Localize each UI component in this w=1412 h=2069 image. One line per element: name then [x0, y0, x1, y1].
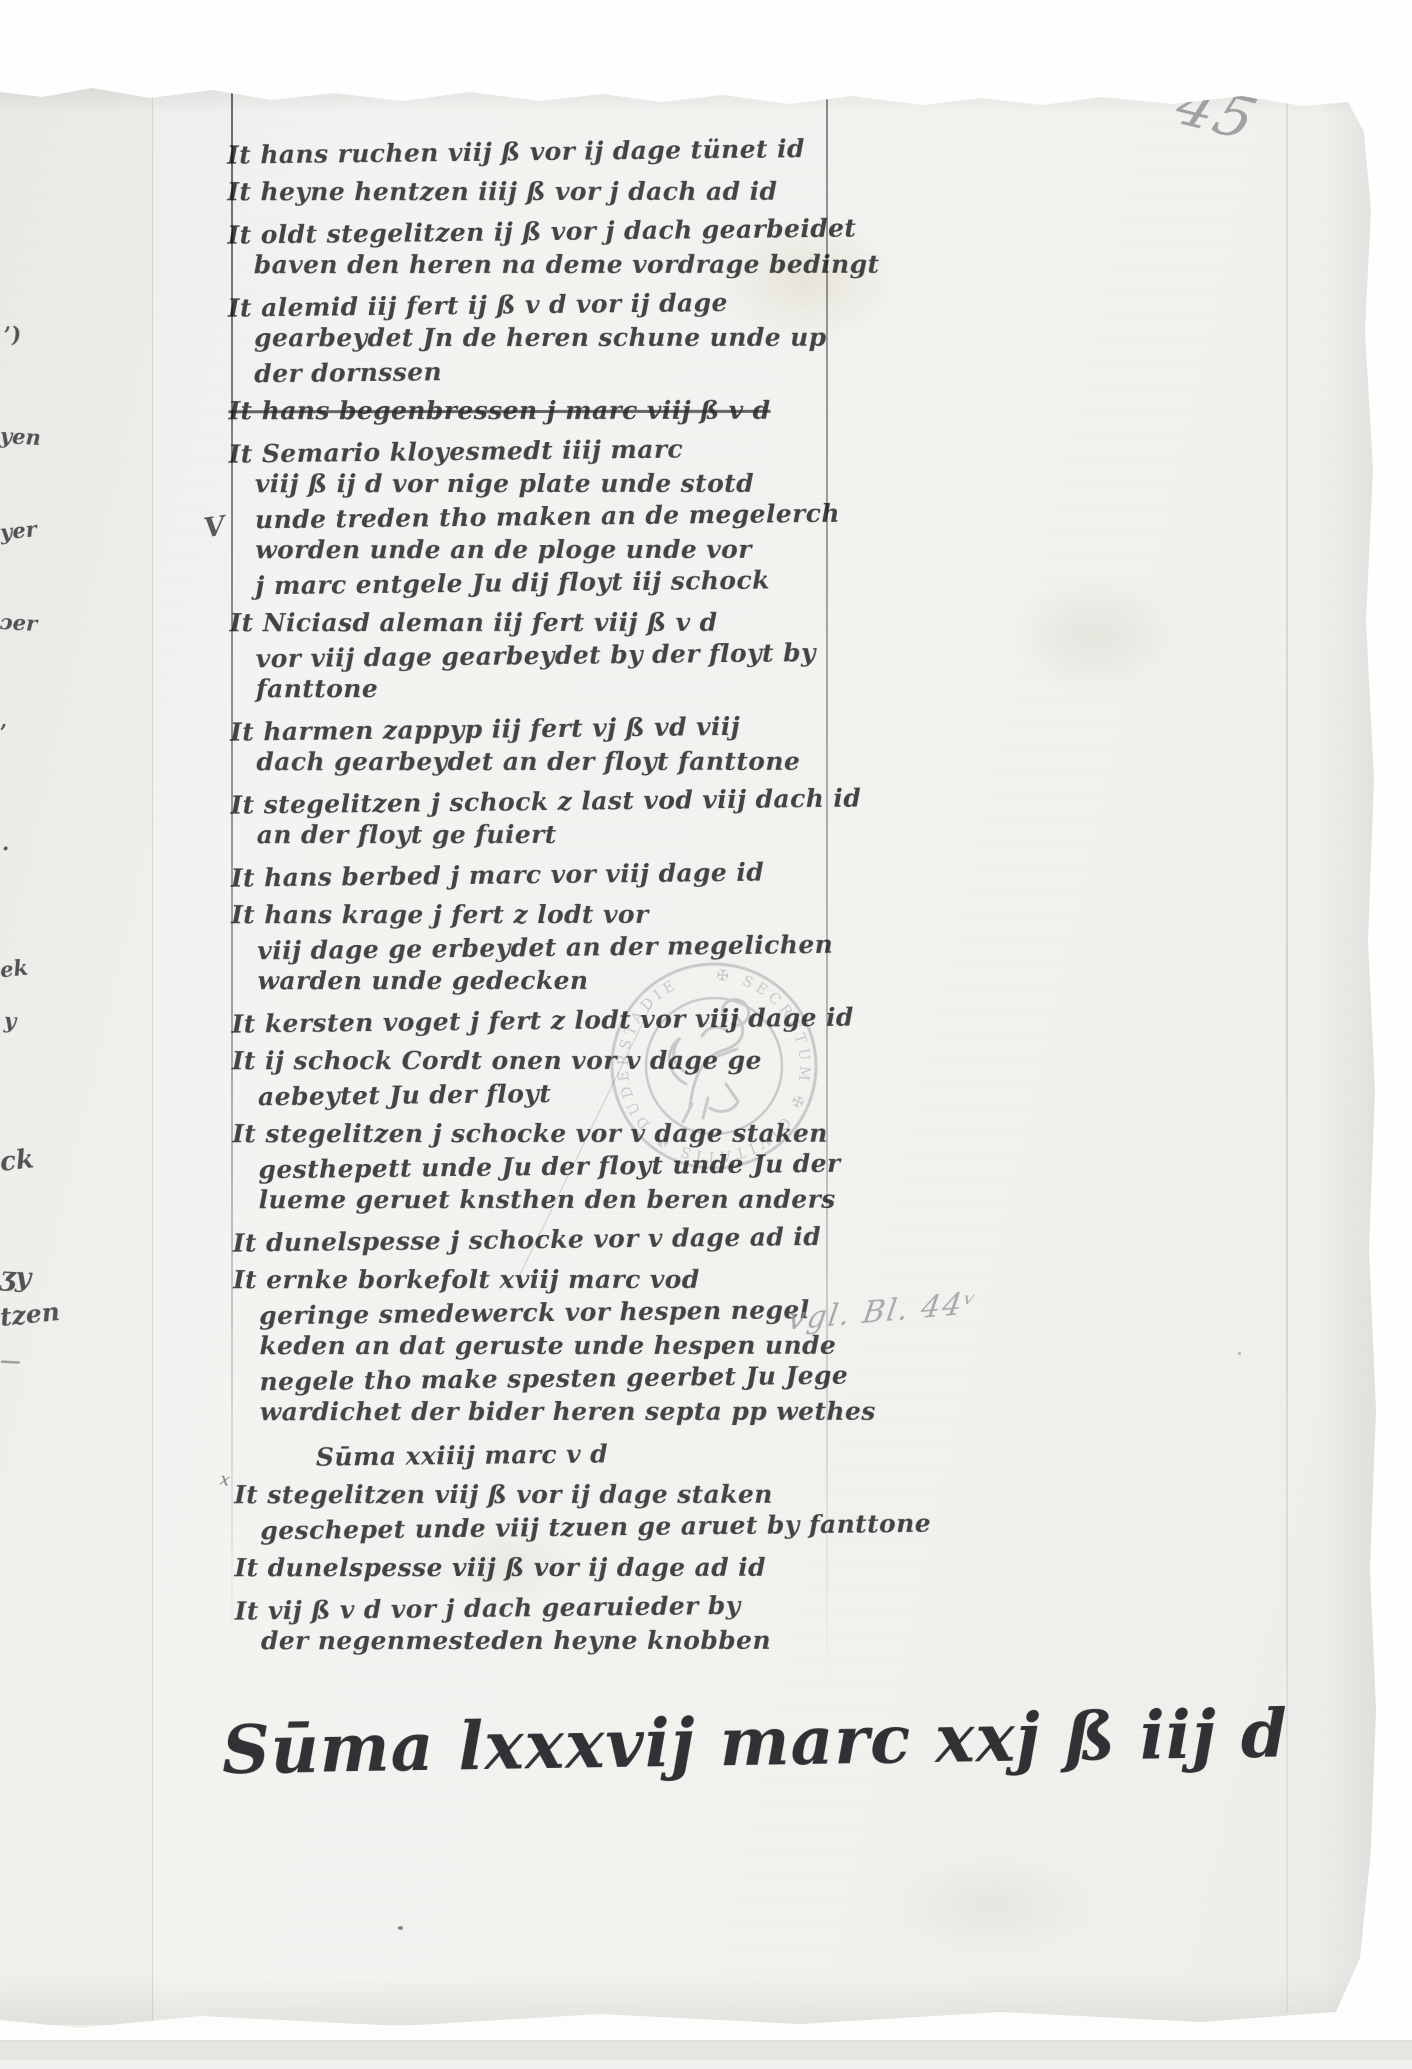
manuscript-line: vor viij dage gearbeydet by der floyt by: [246, 636, 852, 676]
manuscript-line: It alemid iij fert ij ß v d vor ij dage: [244, 285, 850, 325]
manuscript-sheet: ✠ SECRETUM ✠ CIVITATIS ✠ DUDERSTADIE It …: [0, 0, 1412, 2069]
ink-speck: [1238, 1352, 1241, 1355]
manuscript-line: negele tho make spesten geerbet Ju Jege: [249, 1359, 855, 1399]
manuscript-line: gearbeydet Jn de heren schune unde up: [244, 321, 850, 355]
edge-fragment: yen: [0, 423, 41, 450]
manuscript-line: It oldt stegelitzen ij ß vor j dach gear…: [243, 212, 849, 252]
manuscript-line: j marc entgele Ju dij floyt iij schock: [245, 563, 851, 603]
ink-speck: [398, 1926, 403, 1930]
manuscript-line: der dornssen: [244, 351, 850, 391]
manuscript-line: worden unde an de ploge unde vor: [245, 533, 851, 567]
manuscript-line: aebeytet Ju der floyt: [248, 1074, 854, 1114]
manuscript-scan-page: ✠ SECRETUM ✠ CIVITATIS ✠ DUDERSTADIE It …: [0, 0, 1412, 2069]
underlying-page-body: [0, 2060, 1412, 2069]
manuscript-line: It dunelspesse viij ß vor ij dage ad id: [251, 1551, 857, 1585]
paper-stain: [1010, 575, 1180, 695]
edge-fragment: ɔer: [0, 609, 38, 636]
manuscript-line: warden unde gedecken: [247, 964, 853, 998]
manuscript-line: It stegelitzen j schock z last vod viij …: [246, 782, 852, 822]
manuscript-line: It hans begenbressen j marc viij ß v d: [244, 394, 850, 428]
manuscript-line: an der floyt ge fuiert: [247, 818, 853, 852]
manuscript-line: It stegelitzen viij ß vor ij dage staken: [250, 1478, 856, 1512]
manuscript-line: It dunelspesse j schocke vor v dage ad i…: [249, 1220, 855, 1260]
manuscript-line: It Semario kloyesmedt iiij marc: [245, 431, 851, 471]
edge-fragment: ·: [1, 836, 10, 861]
manuscript-line: geschepet unde viij tzuen ge aruet by fa…: [250, 1508, 856, 1548]
paper-stain: [880, 1850, 1100, 1960]
manuscript-line: It heyne hentzen iiij ß vor j dach ad id: [243, 175, 849, 209]
manuscript-text-column: It hans ruchen viij ß vor ij dage tünet …: [243, 126, 857, 1658]
manuscript-line: keden an dat geruste unde hespen unde: [249, 1329, 855, 1363]
edge-fragment: ʼ: [0, 720, 9, 746]
manuscript-line: lueme geruet knsthen den beren anders: [249, 1183, 855, 1217]
left-edge-fragments: ʼ)yenyerɔerʼ·ekyckʒytzen—: [0, 0, 120, 2069]
manuscript-line: geringe smedewerck vor hespen negel: [249, 1293, 855, 1333]
manuscript-line: It hans krage j fert z lodt vor: [247, 898, 853, 932]
manuscript-line: viij ß ij d vor nige plate unde stotd: [245, 467, 851, 501]
manuscript-line: It ij schock Cordt onen vor v dage ge: [248, 1044, 854, 1078]
manuscript-line: viij dage ge erbeydet an der megelichen: [247, 928, 853, 968]
edge-fragment: ʒy: [0, 1261, 32, 1294]
manuscript-line: It vij ß v d vor j dach gearuieder by: [251, 1588, 857, 1628]
edge-fragment: y: [3, 1008, 16, 1034]
manuscript-line: It hans berbed j marc vor viij dage id: [247, 855, 853, 895]
edge-fragment: ʼ): [3, 321, 23, 348]
edge-fragment: —: [0, 1347, 28, 1373]
manuscript-line: der negenmesteden heyne knobben: [251, 1624, 857, 1658]
edge-fragment: tzen: [0, 1297, 61, 1332]
manuscript-line: baven den heren na deme vordrage bedingt: [244, 248, 850, 282]
manuscript-line: It ernke borkefolt xviij marc vod: [249, 1263, 855, 1297]
manuscript-line: unde treden tho maken an de megelerch: [245, 497, 851, 537]
manuscript-line: wardichet der bider heren septa pp wethe…: [250, 1395, 856, 1429]
edge-fragment: ek: [0, 955, 29, 983]
edge-fragment: yer: [0, 516, 38, 545]
torn-top-edge-shade: [0, 88, 1370, 114]
margin-checkmark: V: [202, 511, 227, 545]
edge-fragment: ck: [0, 1144, 35, 1177]
manuscript-line: dach gearbeydet an der floyt fanttone: [246, 745, 852, 779]
manuscript-line: It stegelitzen j schocke vor v dage stak…: [248, 1117, 854, 1151]
manuscript-line: It kersten voget j fert z lodt vor viij …: [248, 1001, 854, 1041]
manuscript-line: It harmen zappyp iij fert vj ß vd viij: [246, 709, 852, 749]
manuscript-line: It hans ruchen viij ß vor ij dage tünet …: [243, 132, 849, 172]
manuscript-line: It Niciasd aleman iij fert viij ß v d: [246, 606, 852, 640]
manuscript-line: fanttone: [246, 672, 852, 706]
underlying-page-edge: [0, 2040, 1412, 2062]
manuscript-line: Sūma xxiiij marc v d: [250, 1435, 856, 1475]
manuscript-line: gesthepett unde Ju der floyt unde Ju der: [248, 1147, 854, 1187]
